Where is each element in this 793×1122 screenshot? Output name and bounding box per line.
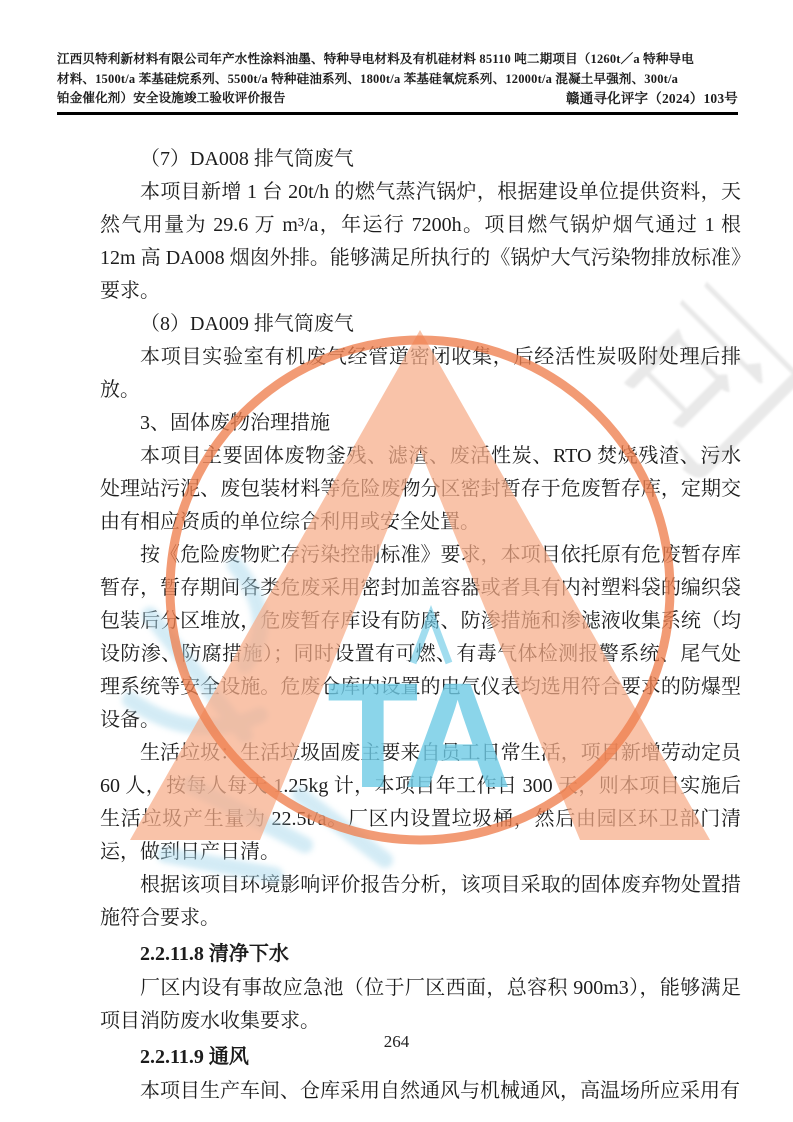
paragraph: 本项目主要固体废物釜残、滤渣、废活性炭、RTO 焚烧残渣、污水处理站污泥、废包装…	[100, 440, 741, 539]
document-page: 江西贝特利新材料有限公司年产水性涂料油墨、特种导电材料及有机硅材料 85110 …	[0, 0, 793, 1122]
paragraph: 厂区内设有事故应急池（位于厂区西面，总容积 900m3），能够满足项目消防废水收…	[100, 972, 741, 1038]
paragraph: 根据该项目环境影响评价报告分析，该项目采取的固体废弃物处置措施符合要求。	[100, 869, 741, 935]
paragraph: 本项目生产车间、仓库采用自然通风与机械通风，高温场所应采用有	[100, 1075, 741, 1108]
document-body: （7）DA008 排气筒废气本项目新增 1 台 20t/h 的燃气蒸汽锅炉，根据…	[100, 143, 741, 1108]
paragraph: （7）DA008 排气筒废气	[100, 143, 741, 176]
paragraph: （8）DA009 排气筒废气	[100, 308, 741, 341]
paragraph: 按《危险废物贮存污染控制标准》要求，本项目依托原有危废暂存库暂存，暂存期间各类危…	[100, 539, 741, 737]
document-number: 赣通寻化评字（2024）103号	[566, 89, 738, 109]
header-rule	[57, 112, 738, 115]
section-heading: 2.2.11.8 清净下水	[100, 938, 741, 971]
paragraph: 本项目新增 1 台 20t/h 的燃气蒸汽锅炉，根据建设单位提供资料，天然气用量…	[100, 176, 741, 308]
header-line-3: 铂金催化剂）安全设施竣工验收评价报告 赣通寻化评字（2024）103号	[57, 89, 738, 109]
page-header: 江西贝特利新材料有限公司年产水性涂料油墨、特种导电材料及有机硅材料 85110 …	[57, 50, 738, 115]
paragraph: 本项目实验室有机废气经管道密闭收集，后经活性炭吸附处理后排放。	[100, 341, 741, 407]
header-report-title: 铂金催化剂）安全设施竣工验收评价报告	[57, 89, 286, 109]
header-line-1: 江西贝特利新材料有限公司年产水性涂料油墨、特种导电材料及有机硅材料 85110 …	[57, 50, 738, 70]
header-line-2: 材料、1500t/a 苯基硅烷系列、5500t/a 特种硅油系列、1800t/a…	[57, 70, 738, 90]
paragraph: 生活垃圾：生活垃圾固废主要来自员工日常生活，项目新增劳动定员 60 人，按每人每…	[100, 737, 741, 869]
section-heading: 2.2.11.9 通风	[100, 1041, 741, 1074]
paragraph: 3、固体废物治理措施	[100, 407, 741, 440]
